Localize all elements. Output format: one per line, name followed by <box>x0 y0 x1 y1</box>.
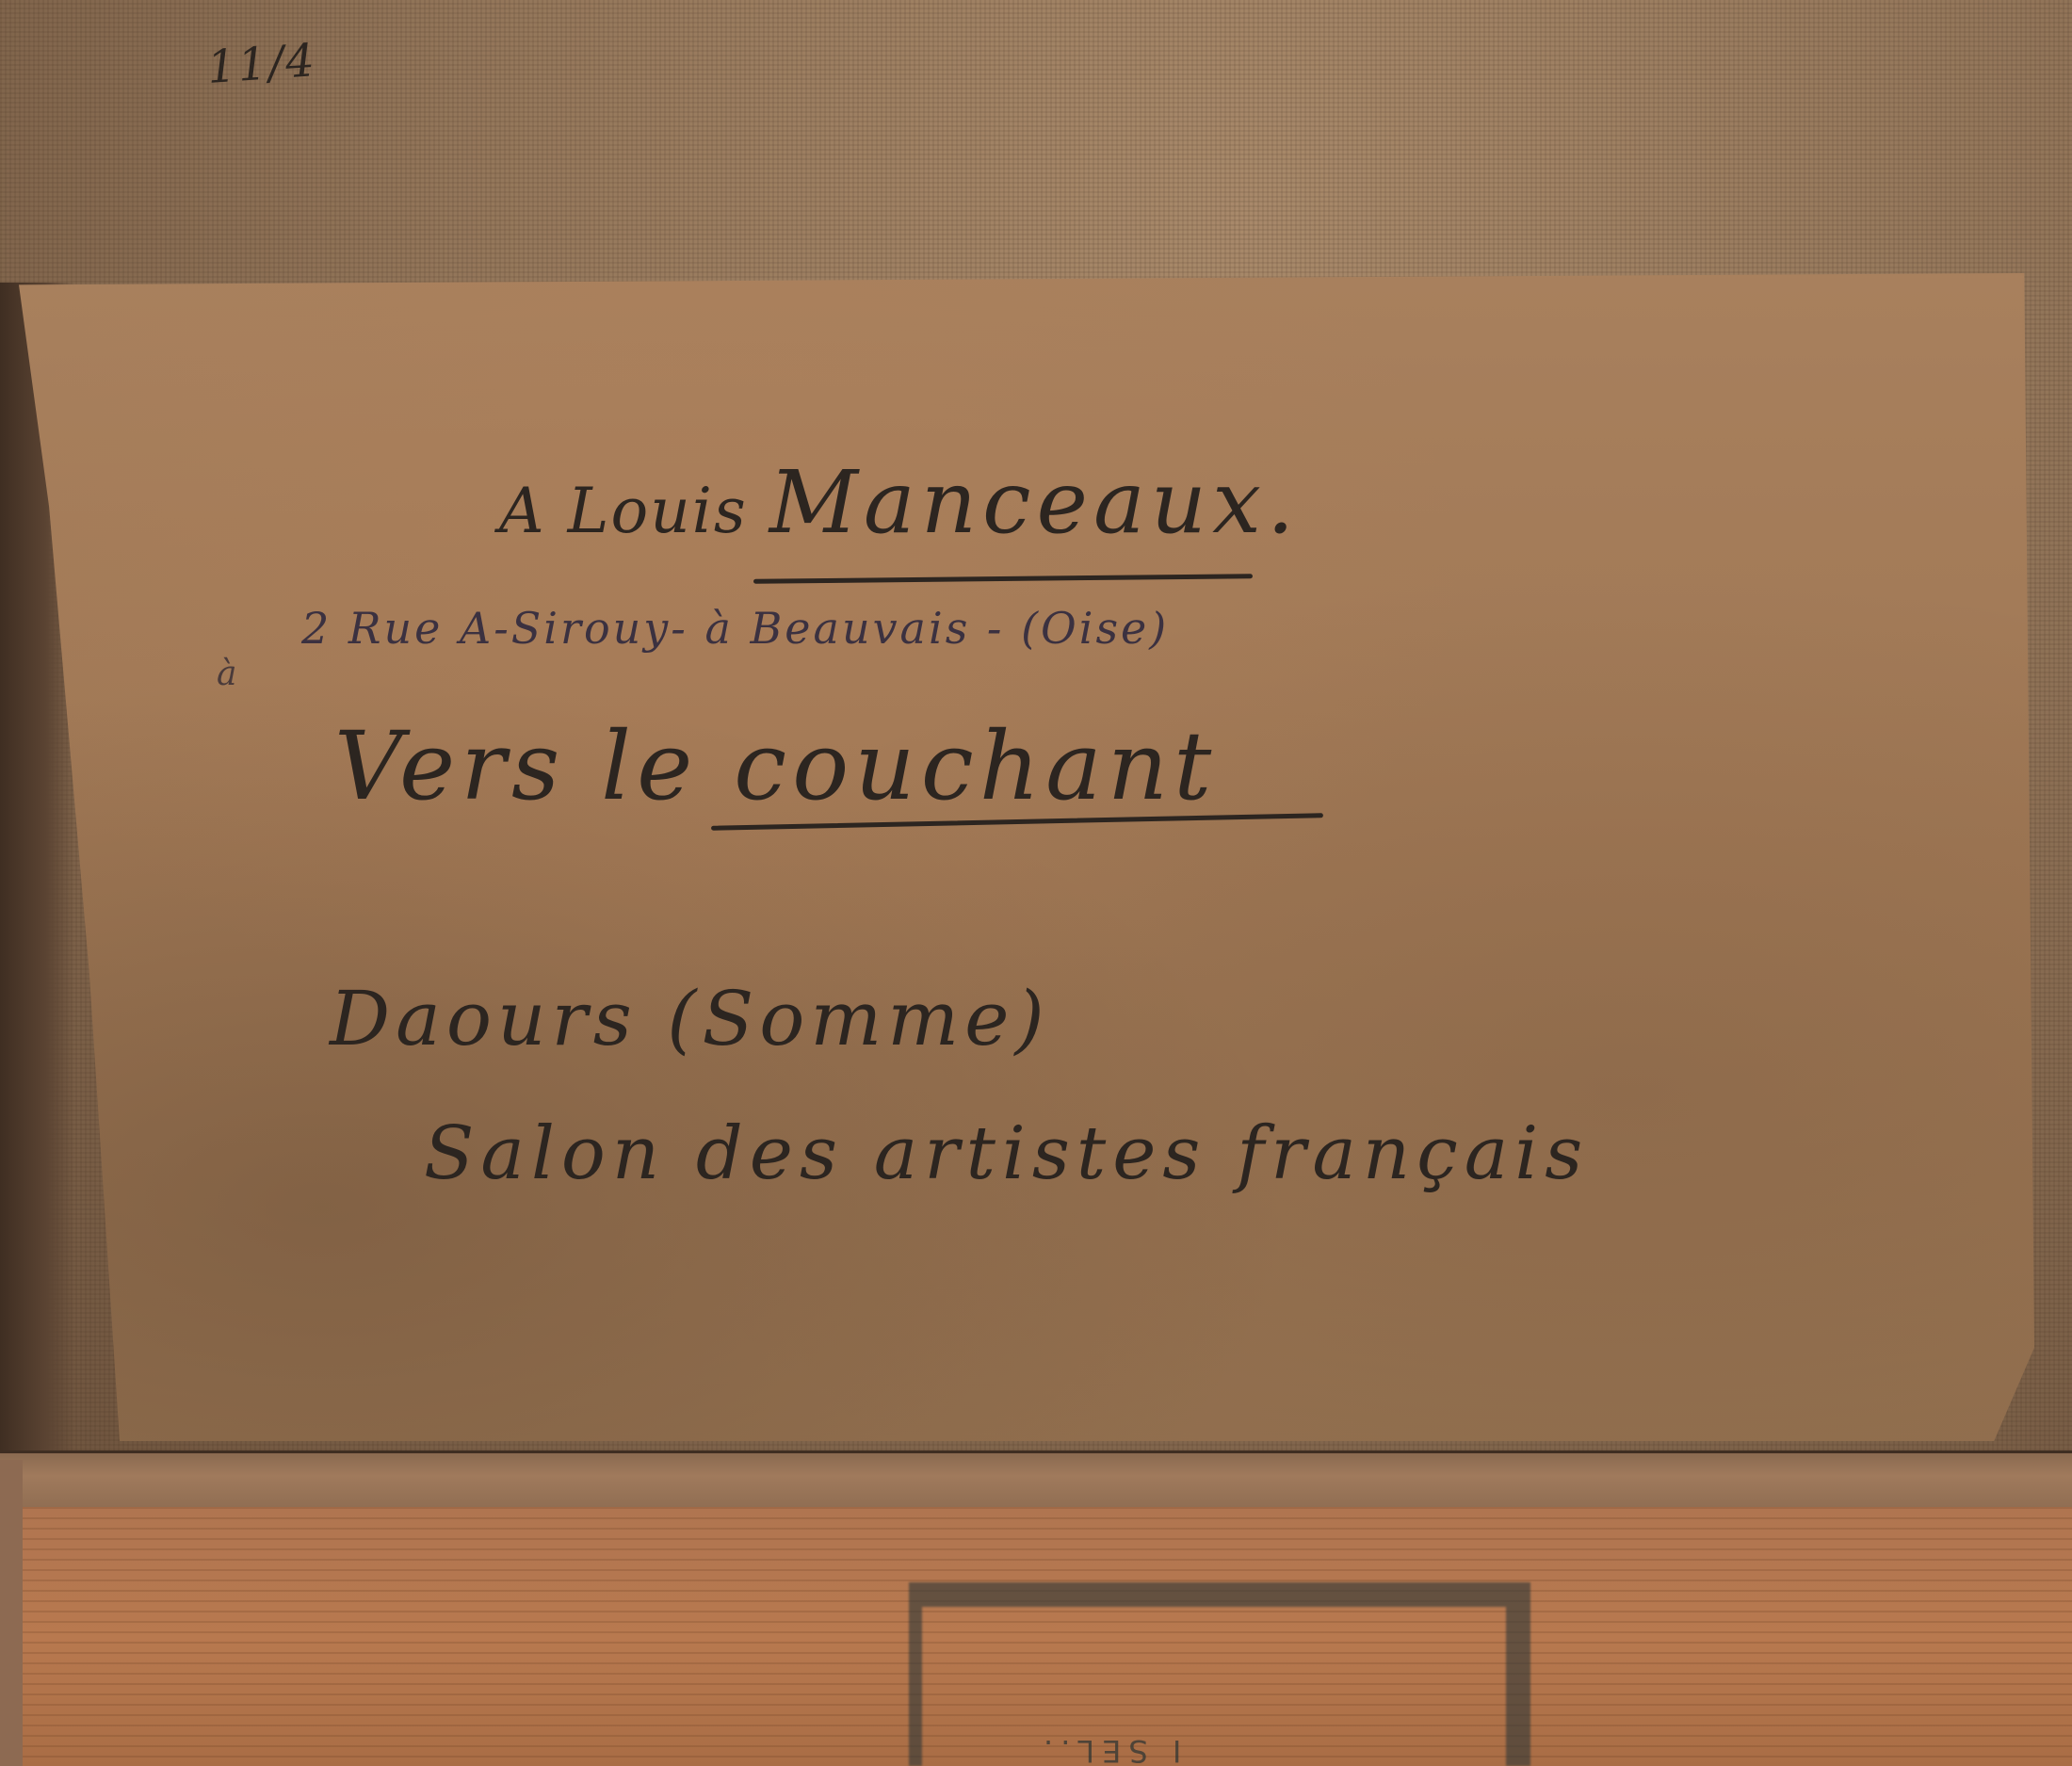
handwritten-label <box>19 273 2034 1441</box>
stamp-text: I SEL.. <box>1036 1733 1181 1766</box>
address-prefix: à <box>217 655 238 693</box>
recipient-name: Manceaux. <box>769 452 1301 553</box>
canvas-pencil-note: 11/4 <box>205 34 317 94</box>
painting-title: Vers le couchant <box>334 711 1217 821</box>
recipient-line: A Louis Manceaux. <box>499 452 1300 553</box>
stretcher-edge <box>0 1450 2072 1510</box>
stretcher-corner <box>0 1460 23 1766</box>
exhibition-line: Salon des artistes français <box>424 1111 1589 1196</box>
address-line: 2 Rue A-Sirouy- à Beauvais - (Oise) <box>301 603 1169 654</box>
place-line: Daours (Somme) <box>330 975 1050 1062</box>
recipient-prefix: A Louis <box>499 475 748 547</box>
faded-stamp <box>909 1582 1530 1766</box>
